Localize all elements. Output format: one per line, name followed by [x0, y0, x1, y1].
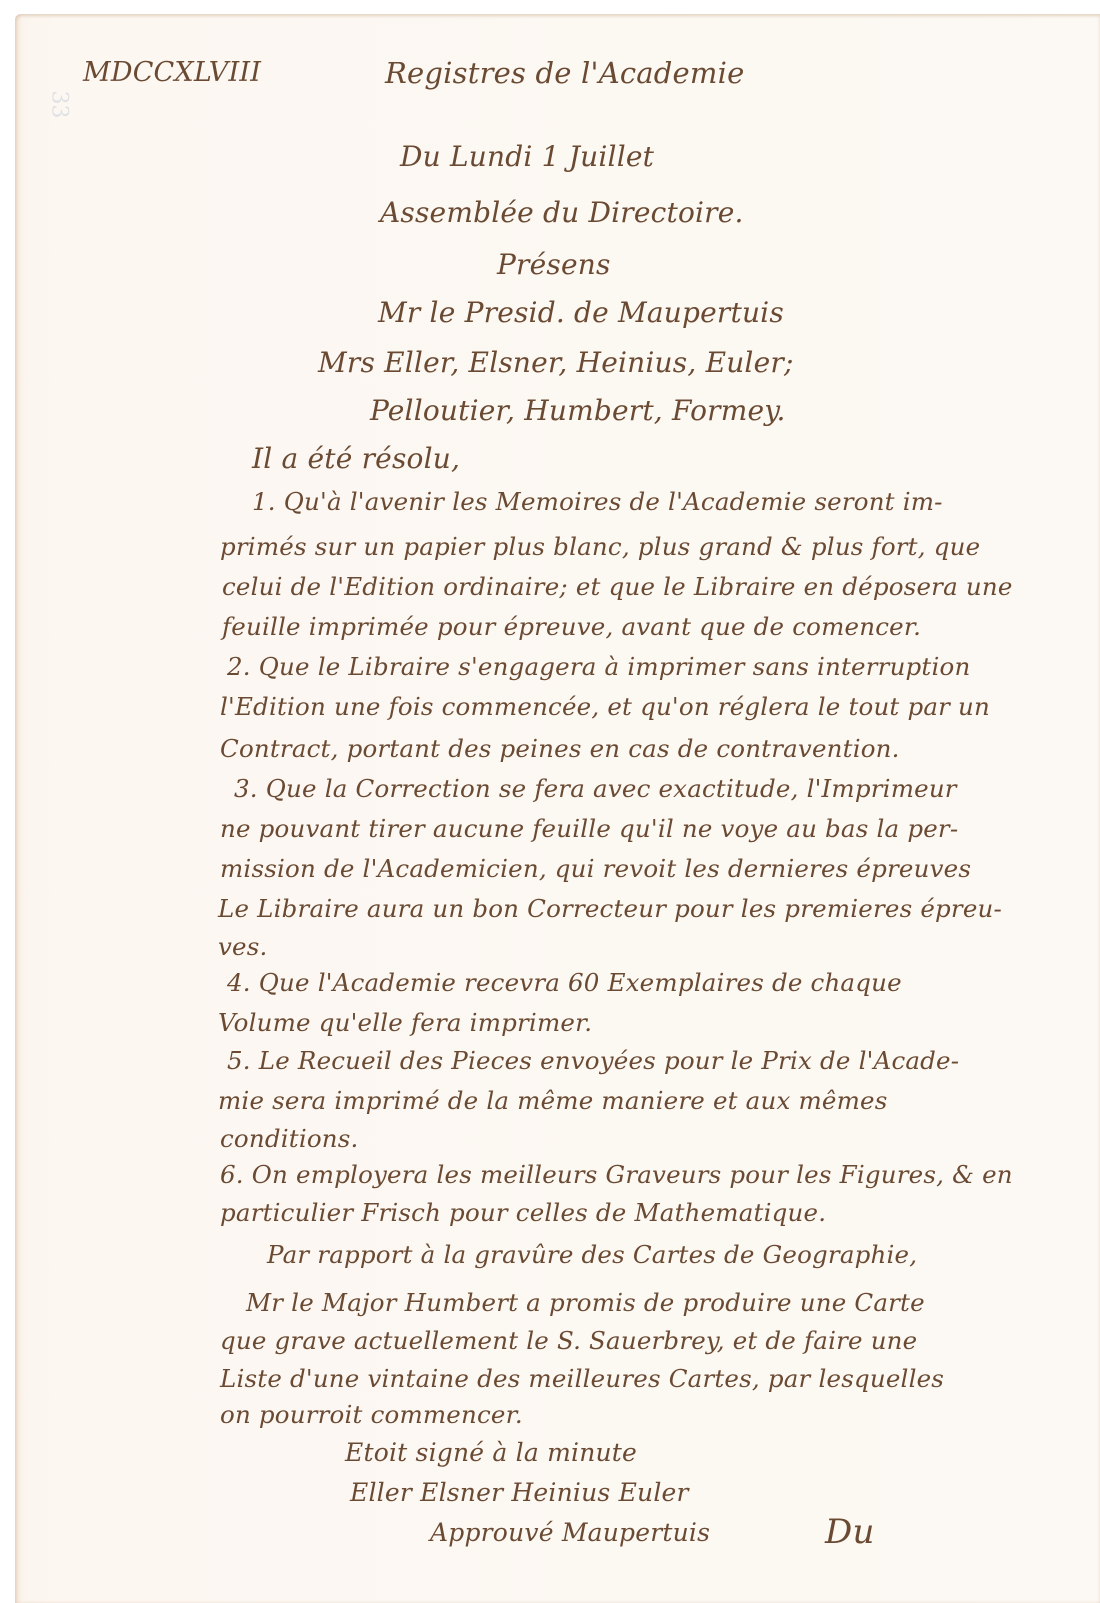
margin-year: MDCCXLVIII — [83, 57, 261, 88]
body-line: que grave actuellement le S. Sauerbrey, … — [220, 1326, 917, 1355]
folio-number-ghost: 33 — [47, 91, 72, 119]
body-line: 5. Le Recueil des Pieces envoyées pour l… — [227, 1046, 959, 1075]
catchword: Du — [825, 1512, 875, 1552]
body-line: celui de l'Edition ordinaire; et que le … — [222, 572, 1013, 601]
body-line: ne pouvant tirer aucune feuille qu'il ne… — [220, 814, 958, 843]
members-line-2: Pelloutier, Humbert, Formey. — [370, 394, 786, 427]
body-line: ves. — [218, 932, 268, 961]
members-line-1: Mrs Eller, Elsner, Heinius, Euler; — [318, 346, 794, 379]
body-line: Par rapport à la gravûre des Cartes de G… — [267, 1240, 917, 1269]
meeting-date: Du Lundi 1 Juillet — [400, 140, 654, 173]
body-line: mission de l'Academicien, qui revoit les… — [220, 854, 971, 883]
body-line: Contract, portant des peines en cas de c… — [220, 734, 900, 763]
register-title: Registres de l'Academie — [385, 56, 744, 90]
body-line: 6. On employera les meilleurs Graveurs p… — [220, 1160, 1013, 1189]
body-line: l'Edition une fois commencée, et qu'on r… — [220, 692, 990, 721]
resolution-intro: Il a été résolu, — [252, 442, 460, 475]
body-line: Le Libraire aura un bon Correcteur pour … — [218, 894, 1002, 923]
body-line: feuille imprimée pour épreuve, avant que… — [222, 612, 921, 641]
body-line: on pourroit commencer. — [220, 1400, 523, 1429]
body-line: primés sur un papier plus blanc, plus gr… — [220, 532, 980, 561]
signatory-names: Eller Elsner Heinius Euler — [350, 1478, 689, 1507]
present-label: Présens — [497, 248, 611, 281]
assembly-heading: Assemblée du Directoire. — [380, 196, 744, 229]
body-line: 2. Que le Libraire s'engagera à imprimer… — [227, 652, 970, 681]
body-line: conditions. — [220, 1124, 359, 1153]
scanned-document: MDCCXLVIII 33 Registres de l'Academie Du… — [0, 0, 1100, 1603]
signed-note: Etoit signé à la minute — [345, 1438, 637, 1467]
body-line: 3. Que la Correction se fera avec exacti… — [234, 774, 957, 803]
approval-signature: Approuvé Maupertuis — [430, 1518, 710, 1547]
body-line: Volume qu'elle fera imprimer. — [218, 1008, 592, 1037]
body-line: Liste d'une vintaine des meilleures Cart… — [220, 1364, 944, 1393]
body-line: particulier Frisch pour celles de Mathem… — [220, 1198, 826, 1227]
president-line: Mr le Presid. de Maupertuis — [378, 296, 784, 329]
body-line: 4. Que l'Academie recevra 60 Exemplaires… — [227, 968, 902, 997]
body-line: 1. Qu'à l'avenir les Memoires de l'Acade… — [252, 487, 943, 516]
body-line: Mr le Major Humbert a promis de produire… — [246, 1288, 925, 1317]
body-line: mie sera imprimé de la même maniere et a… — [218, 1086, 888, 1115]
